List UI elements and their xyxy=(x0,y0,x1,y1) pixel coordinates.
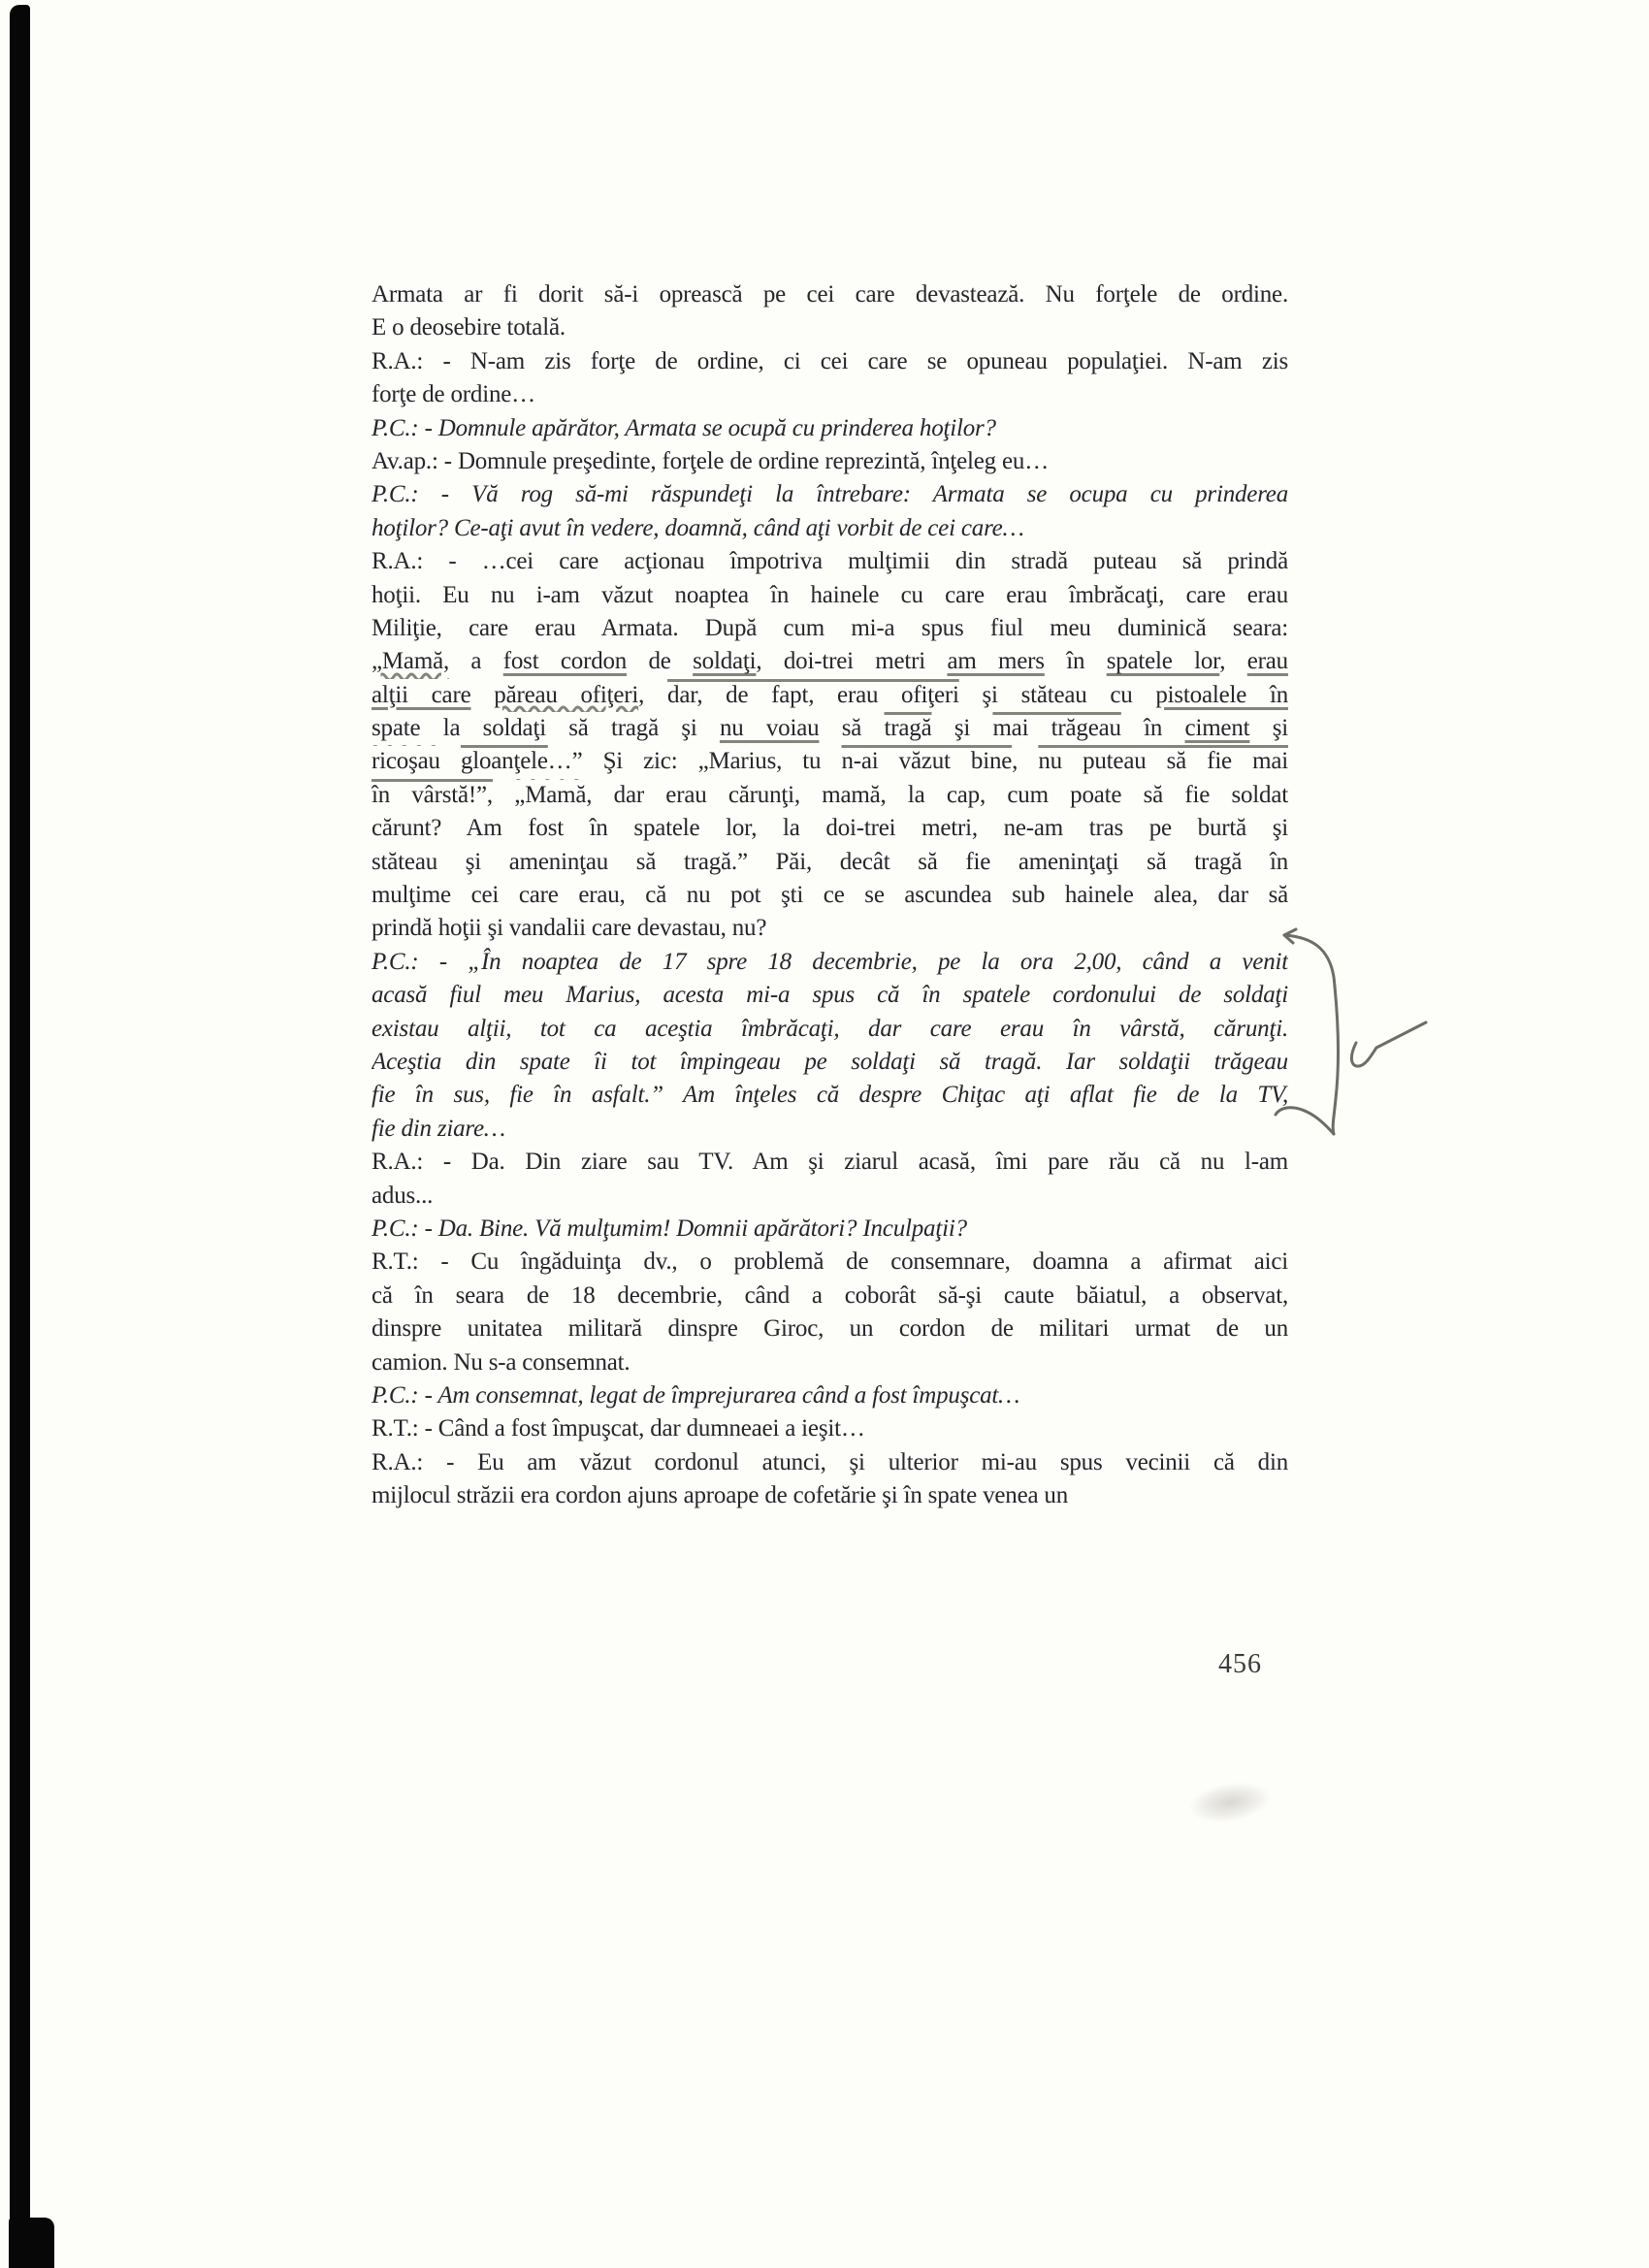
scanned-book-page: Armata ar fi dorit să-i oprească pe cei … xyxy=(0,0,1649,2268)
text-line: existau alţii, tot ca aceştia îmbrăcaţi,… xyxy=(372,1013,1288,1046)
paragraph: R.A.: - …cei care acţionau împotriva mul… xyxy=(372,545,1288,946)
pencil-marked-text: păreau ofiţeri xyxy=(494,682,638,708)
margin-bracket-annotation xyxy=(1284,935,1338,1134)
text-line: P.C.: - Domnule apărător, Armata se ocup… xyxy=(372,412,1288,445)
text-line: P.C.: - Am consemnat, legat de împrejura… xyxy=(372,1379,1288,1412)
text-line: cărunt? Am fost în spatele lor, la doi-t… xyxy=(372,812,1288,845)
pencil-marked-text: pistoalele în xyxy=(1155,682,1288,708)
text-line: în vârstă!”, „Mamă, dar erau cărunţi, ma… xyxy=(372,779,1288,812)
pencil-marked-text: gloanţele xyxy=(461,748,548,774)
body-text: Armata ar fi dorit să-i oprească pe cei … xyxy=(372,278,1288,1512)
text-line: Av.ap.: - Domnule preşedinte, forţele de… xyxy=(372,445,1288,478)
text-line: adus... xyxy=(372,1180,1288,1213)
pencil-marked-text: nu puteau să fie mai xyxy=(1038,748,1288,774)
pencil-marked-text: „Mamă xyxy=(514,782,586,808)
text-line: dinspre unitatea militară dinspre Giroc,… xyxy=(372,1312,1288,1345)
text-line: Miliţie, care erau Armata. După cum mi-a… xyxy=(372,612,1288,645)
paragraph: Av.ap.: - Domnule preşedinte, forţele de… xyxy=(372,445,1288,478)
text-line: că în seara de 18 decembrie, când a cobo… xyxy=(372,1280,1288,1312)
text-line: prindă hoţii şi vandalii care devastau, … xyxy=(372,912,1288,945)
text-line: R.T.: - Când a fost împuşcat, dar dumnea… xyxy=(372,1412,1288,1445)
text-line: camion. Nu s-a consemnat. xyxy=(372,1346,1288,1379)
handwritten-margin-annotation xyxy=(1261,907,1455,1169)
text-line: ricoşau gloanţele…” Şi zic: „Marius, tu … xyxy=(372,745,1288,778)
text-line: hoţilor? Ce-aţi avut în vedere, doamnă, … xyxy=(372,512,1288,545)
text-line: Armata ar fi dorit să-i oprească pe cei … xyxy=(372,278,1288,311)
pencil-marked-text: soldaţi xyxy=(693,648,756,674)
text-line: mulţime cei care erau, că nu pot şti ce … xyxy=(372,879,1288,912)
pencil-marked-text: nu voiau xyxy=(720,715,819,741)
text-line: P.C.: - Da. Bine. Vă mulţumim! Domnii ap… xyxy=(372,1213,1288,1246)
paragraph: R.A.: - Da. Din ziare sau TV. Am şi ziar… xyxy=(372,1146,1288,1213)
text-line: P.C.: - Vă rog să-mi răspundeţi la între… xyxy=(372,478,1288,511)
text-line: alţii care păreau ofiţeri, dar, de fapt,… xyxy=(372,679,1288,712)
pencil-marked-text: erau xyxy=(1247,648,1288,674)
scan-edge-artifact xyxy=(10,5,30,2261)
paragraph: R.A.: - Eu am văzut cordonul atunci, şi … xyxy=(372,1446,1288,1513)
pencil-marked-text: tragă xyxy=(885,715,932,741)
text-line: E o deosebire totală. xyxy=(372,311,1288,344)
pencil-marked-text: mai trăgeau xyxy=(992,715,1120,741)
pencil-marked-text: „Mamă, xyxy=(372,648,449,674)
page-number: 456 xyxy=(1218,1649,1262,1680)
text-line: acasă fiul meu Marius, acesta mi-a spus … xyxy=(372,979,1288,1012)
pencil-marked-text: ricoşau xyxy=(372,748,440,774)
pencil-marked-text: alţii care xyxy=(372,682,470,708)
pencil-marked-text: am mers xyxy=(947,648,1044,674)
pencil-marked-text: dar, de fapt, erau ofiţeri xyxy=(667,682,959,708)
pencil-marked-text: fost cordon xyxy=(503,648,627,674)
paragraph: R.A.: - N-am zis forţe de ordine, ci cei… xyxy=(372,345,1288,412)
paragraph: R.T.: - Când a fost împuşcat, dar dumnea… xyxy=(372,1412,1288,1445)
text-line: Aceştia din spate îi tot împingeau pe so… xyxy=(372,1046,1288,1079)
paragraph: R.T.: - Cu îngăduinţa dv., o problemă de… xyxy=(372,1246,1288,1379)
pencil-smudge xyxy=(1185,1777,1274,1829)
text-line: forţe de ordine… xyxy=(372,378,1288,411)
text-line: R.A.: - Eu am văzut cordonul atunci, şi … xyxy=(372,1446,1288,1479)
check-mark-annotation xyxy=(1351,1022,1426,1066)
pencil-marked-text: n-ai văzut bine xyxy=(841,748,1012,774)
text-line: fie din ziare… xyxy=(372,1113,1288,1146)
paragraph: Armata ar fi dorit să-i oprească pe cei … xyxy=(372,278,1288,345)
margin-bracket-foot xyxy=(1276,1108,1334,1134)
text-line: fie în sus, fie în asfalt.” Am înţeles c… xyxy=(372,1079,1288,1112)
text-line: spate la soldaţi să tragă şi nu voiau să… xyxy=(372,712,1288,745)
text-line: R.A.: - …cei care acţionau împotriva mul… xyxy=(372,545,1288,578)
text-line: hoţii. Eu nu i-am văzut noaptea în haine… xyxy=(372,579,1288,612)
paragraph: P.C.: - Da. Bine. Vă mulţumim! Domnii ap… xyxy=(372,1213,1288,1246)
text-line: „Mamă, a fost cordon de soldaţi, doi-tre… xyxy=(372,645,1288,678)
pencil-marked-text: spatele lor xyxy=(1107,648,1220,674)
paragraph: P.C.: - Domnule apărător, Armata se ocup… xyxy=(372,412,1288,445)
paragraph: P.C.: - Vă rog să-mi răspundeţi la între… xyxy=(372,478,1288,545)
text-line: R.A.: - N-am zis forţe de ordine, ci cei… xyxy=(372,345,1288,378)
pencil-marked-text: în vârstă!”, xyxy=(372,782,493,808)
text-line: mijlocul străzii era cordon ajuns aproap… xyxy=(372,1479,1288,1512)
pencil-marked-text: ciment xyxy=(1185,715,1250,741)
text-line: R.T.: - Cu îngăduinţa dv., o problemă de… xyxy=(372,1246,1288,1279)
text-line: stăteau şi ameninţau să tragă.” Păi, dec… xyxy=(372,846,1288,879)
text-line: P.C.: - „În noaptea de 17 spre 18 decemb… xyxy=(372,946,1288,979)
scan-corner-artifact xyxy=(9,2218,54,2268)
paragraph: P.C.: - Am consemnat, legat de împrejura… xyxy=(372,1379,1288,1412)
text-line: R.A.: - Da. Din ziare sau TV. Am şi ziar… xyxy=(372,1146,1288,1179)
paragraph: P.C.: - „În noaptea de 17 spre 18 decemb… xyxy=(372,946,1288,1146)
